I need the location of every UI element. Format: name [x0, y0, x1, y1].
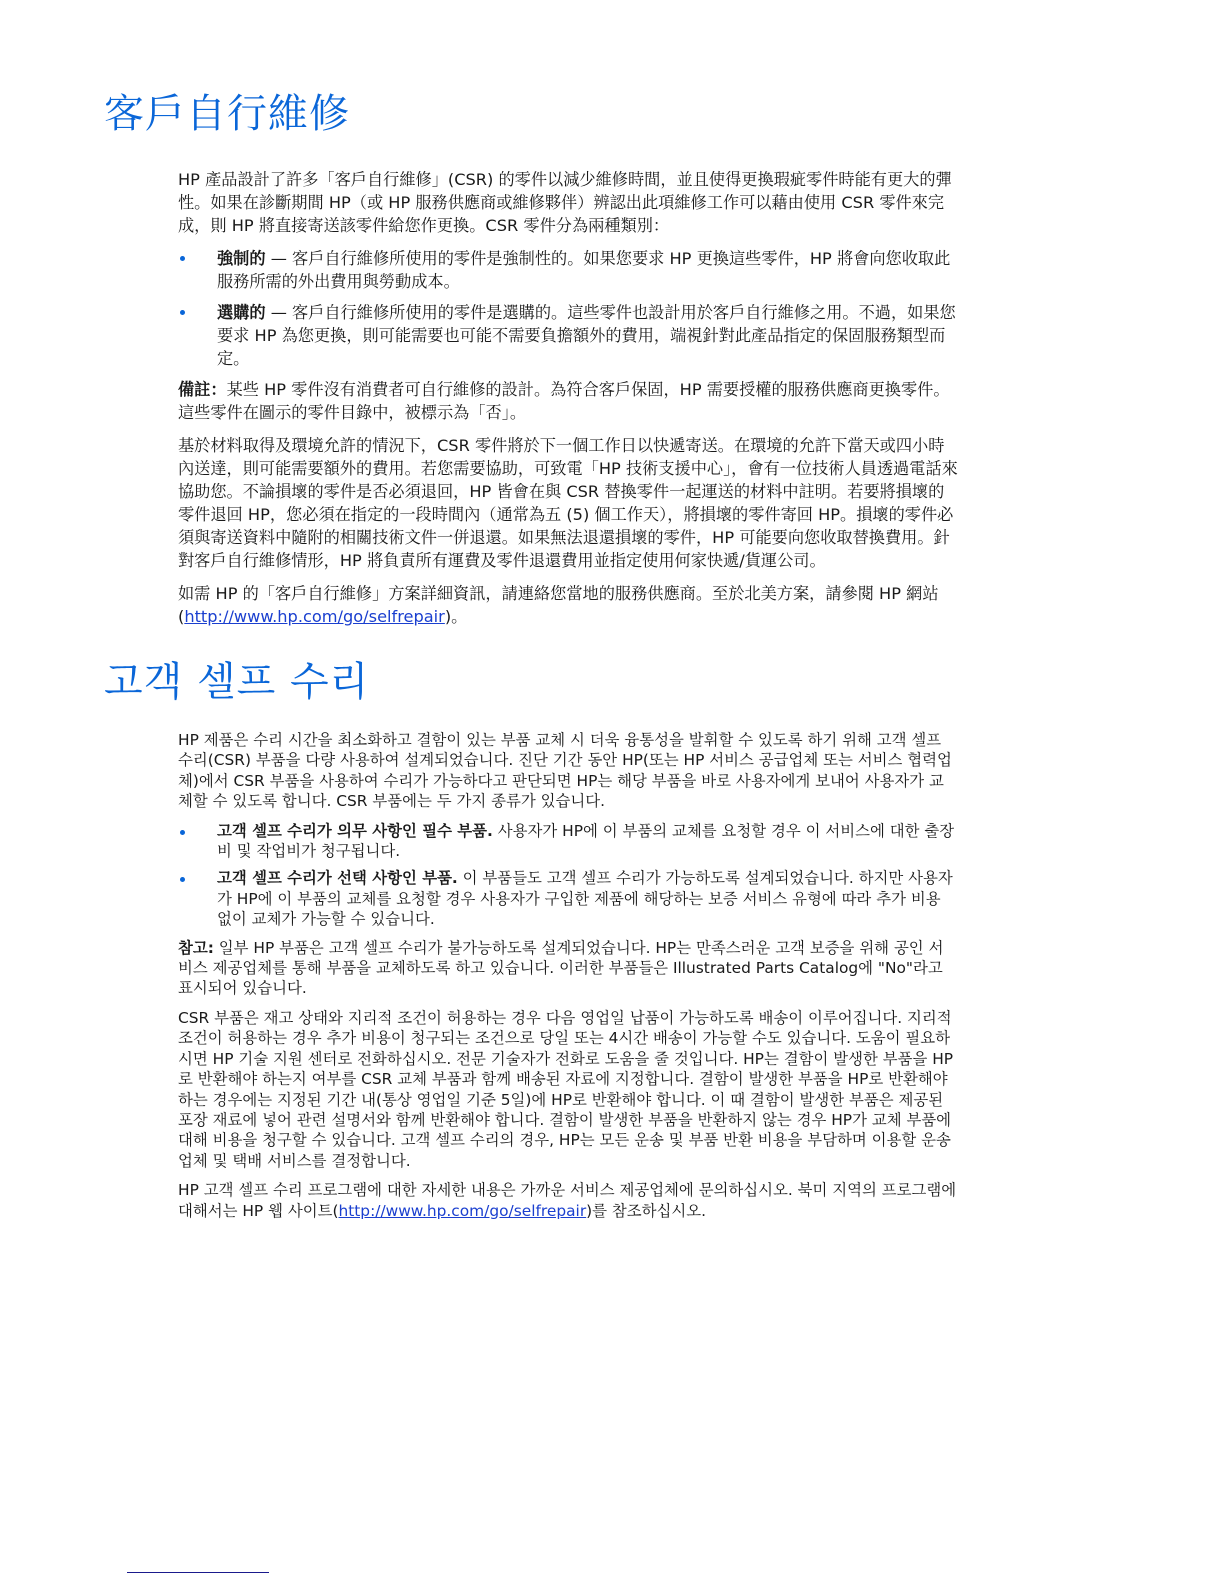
- selfrepair-link[interactable]: http://www.hp.com/go/selfrepair: [184, 607, 445, 626]
- shipping-paragraph: CSR 부품은 재고 상태와 지리적 조건이 허용하는 경우 다음 영업일 납품…: [178, 1008, 958, 1171]
- list-item: 고객 셀프 수리가 선택 사항인 부품. 이 부품들도 고객 셀프 수리가 가능…: [178, 868, 958, 929]
- bullet-icon: [180, 310, 185, 315]
- note-text: 某些 HP 零件沒有消費者可自行維修的設計。為符合客戶保固，HP 需要授權的服務…: [178, 380, 950, 422]
- category-term: 選購的: [217, 303, 266, 322]
- bullet-icon: [180, 877, 185, 882]
- csr-category-list: 強制的 — 客戶自行維修所使用的零件是強制性的。如果您要求 HP 更換這些零件，…: [178, 247, 958, 370]
- category-term: 고객 셀프 수리가 선택 사항인 부품.: [217, 869, 458, 887]
- category-term: 強制的: [217, 249, 266, 268]
- selfrepair-link[interactable]: http://www.hp.com/go/selfrepair: [338, 1202, 586, 1220]
- footer-divider: [127, 1572, 269, 1573]
- intro-paragraph: HP 產品設計了許多「客戶自行維修」(CSR) 的零件以減少維修時間，並且使得更…: [178, 168, 958, 237]
- note-label: 참고:: [178, 939, 214, 957]
- more-info-paragraph: HP 고객 셀프 수리 프로그램에 대한 자세한 내용은 가까운 서비스 제공업…: [178, 1180, 958, 1221]
- intro-paragraph: HP 제품은 수리 시간을 최소화하고 결함이 있는 부품 교체 시 더욱 융통…: [178, 730, 958, 812]
- section-body-zh: HP 產品設計了許多「客戶自行維修」(CSR) 的零件以減少維修時間，並且使得更…: [178, 168, 958, 638]
- list-item: 選購的 — 客戶自行維修所使用的零件是選購的。這些零件也設計用於客戶自行維修之用…: [178, 301, 958, 370]
- note-paragraph: 備註：某些 HP 零件沒有消費者可自行維修的設計。為符合客戶保固，HP 需要授權…: [178, 378, 958, 424]
- list-item: 強制的 — 客戶自行維修所使用的零件是強制性的。如果您要求 HP 更換這些零件，…: [178, 247, 958, 293]
- bullet-icon: [180, 256, 185, 261]
- category-description: — 客戶自行維修所使用的零件是強制性的。如果您要求 HP 更換這些零件，HP 將…: [217, 249, 950, 291]
- note-text: 일부 HP 부품은 고객 셀프 수리가 불가능하도록 설계되었습니다. HP는 …: [178, 939, 943, 998]
- more-info-paragraph: 如需 HP 的「客戶自行維修」方案詳細資訊，請連絡您當地的服務供應商。至於北美方…: [178, 582, 958, 628]
- category-term: 고객 셀프 수리가 의무 사항인 필수 부품.: [217, 822, 493, 840]
- note-paragraph: 참고: 일부 HP 부품은 고객 셀프 수리가 불가능하도록 설계되었습니다. …: [178, 938, 958, 999]
- section-title-ko: 고객 셀프 수리: [104, 658, 369, 706]
- section-title-zh: 客戶自行維修: [104, 90, 350, 138]
- shipping-paragraph: 基於材料取得及環境允許的情況下，CSR 零件將於下一個工作日以快遞寄送。在環境的…: [178, 434, 958, 572]
- bullet-icon: [180, 830, 185, 835]
- category-description: — 客戶自行維修所使用的零件是選購的。這些零件也設計用於客戶自行維修之用。不過，…: [217, 303, 956, 368]
- section-body-ko: HP 제품은 수리 시간을 최소화하고 결함이 있는 부품 교체 시 더욱 융통…: [178, 730, 958, 1230]
- csr-category-list: 고객 셀프 수리가 의무 사항인 필수 부품. 사용자가 HP에 이 부품의 교…: [178, 821, 958, 930]
- more-info-suffix: )를 참조하십시오.: [586, 1202, 706, 1220]
- more-info-suffix: )。: [445, 607, 468, 626]
- note-label: 備註：: [178, 380, 227, 399]
- list-item: 고객 셀프 수리가 의무 사항인 필수 부품. 사용자가 HP에 이 부품의 교…: [178, 821, 958, 862]
